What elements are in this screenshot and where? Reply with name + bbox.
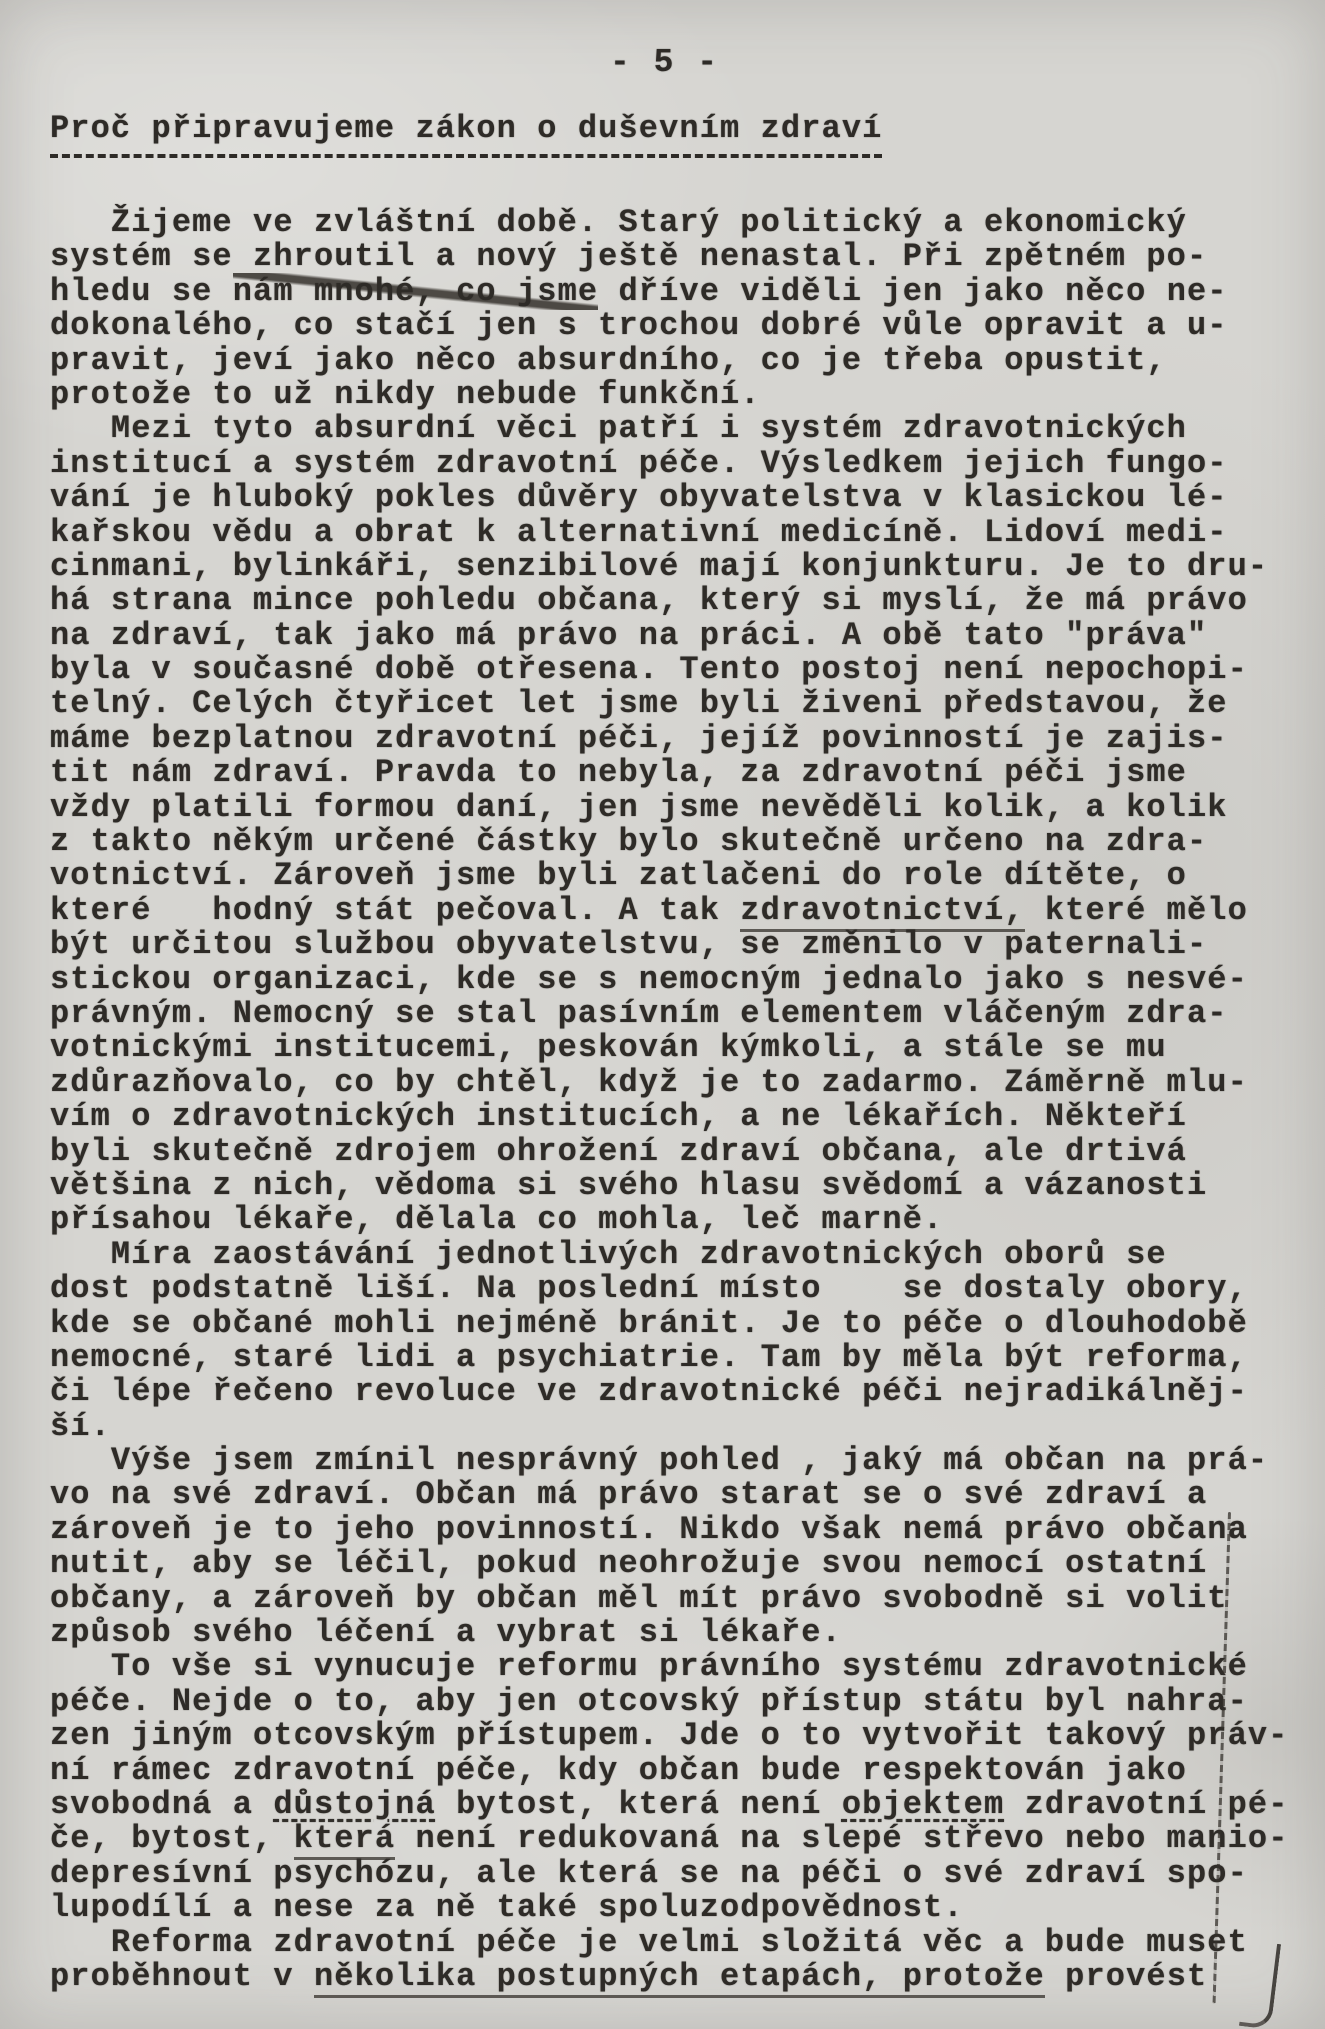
text-segment: právným. Nemocný se stal pasívním elemen… — [50, 995, 1228, 1032]
text-line: pravit, jeví jako něco absurdního, co je… — [50, 344, 1310, 378]
underlined-text: několika postupných etapách, protože — [314, 1958, 1045, 1995]
text-line: hledu se nám mnohé, co jsme dříve viděli… — [50, 275, 1310, 309]
text-line: či lépe řečeno revoluce ve zdravotnické … — [50, 1375, 1310, 1409]
text-line: há strana mince pohledu občana, který si… — [50, 584, 1310, 618]
text-segment: máme bezplatnou zdravotní péči, jejíž po… — [50, 720, 1228, 757]
text-segment: institucí a systém zdravotní péče. Výsle… — [50, 445, 1228, 482]
text-line: většina z nich, vědoma si svého hlasu sv… — [50, 1169, 1310, 1203]
text-segment: protože to už nikdy nebude funkční. — [50, 376, 761, 413]
text-line: To vše si vynucuje reformu právního syst… — [50, 1650, 1310, 1684]
text-segment: byli skutečně zdrojem ohrožení zdraví ob… — [50, 1133, 1187, 1170]
text-line: ší. — [50, 1410, 1310, 1444]
text-segment: vím o zdravotnických institucích, a ne l… — [50, 1098, 1187, 1135]
text-line: máme bezplatnou zdravotní péči, jejíž po… — [50, 722, 1310, 756]
underlined-text: důstojná — [273, 1786, 435, 1823]
text-segment: há strana mince pohledu občana, který si… — [50, 582, 1248, 619]
text-segment: votnickými institucemi, peskován kýmkoli… — [50, 1029, 1167, 1066]
text-line: právným. Nemocný se stal pasívním elemen… — [50, 997, 1310, 1031]
pen-strikethrough-text: nám mnohé, co jsme — [233, 273, 598, 310]
text-segment: z takto někým určené částky bylo skutečn… — [50, 823, 1207, 860]
text-line: způsob svého léčení a vybrat si lékaře. — [50, 1616, 1310, 1650]
text-segment: dříve viděli jen jako něco ne- — [598, 273, 1227, 310]
text-segment: či lépe řečeno revoluce ve zdravotnické … — [50, 1373, 1248, 1410]
text-line: Mezi tyto absurdní věci patří i systém z… — [50, 412, 1310, 446]
text-line: telný. Celých čtyřicet let jsme byli živ… — [50, 687, 1310, 721]
text-segment: Žijeme ve zvláštní době. Starý politický… — [50, 204, 1187, 241]
text-line: stickou organizaci, kde se s nemocným je… — [50, 963, 1310, 997]
text-line: dokonalého, co stačí jen s trochou dobré… — [50, 309, 1310, 343]
text-segment: většina z nich, vědoma si svého hlasu sv… — [50, 1167, 1207, 1204]
text-segment: na zdraví, tak jako má právo na práci. A… — [50, 617, 1207, 654]
paragraph: Míra zaostávání jednotlivých zdravotnick… — [50, 1238, 1310, 1444]
text-line: Výše jsem zmínil nesprávný pohled , jaký… — [50, 1444, 1310, 1478]
text-segment: kde se občané mohli nejméně bránit. Je t… — [50, 1305, 1248, 1342]
text-segment: péče. Nejde o to, aby jen otcovský příst… — [50, 1683, 1248, 1720]
text-segment: Výše jsem zmínil nesprávný pohled , jaký… — [50, 1442, 1268, 1479]
text-line: na zdraví, tak jako má právo na práci. A… — [50, 619, 1310, 653]
underlined-text: objektem — [842, 1786, 1004, 1823]
text-line: vždy platili formou daní, jen jsme nevěd… — [50, 791, 1310, 825]
text-line: zdůrazňovalo, co by chtěl, když je to za… — [50, 1066, 1310, 1100]
text-segment: není redukovaná na slepé střevo nebo man… — [395, 1820, 1288, 1857]
text-segment: lupodílí a nese za ně také spoluzodpověd… — [50, 1889, 964, 1926]
text-line: proběhnout v několika postupných etapách… — [50, 1960, 1310, 1994]
text-segment: vání je hluboký pokles důvěry obyvatelst… — [50, 479, 1228, 516]
text-line: Reforma zdravotní péče je velmi složitá … — [50, 1926, 1310, 1960]
text-segment: svobodná a — [50, 1786, 273, 1823]
text-line: systém se zhroutil a nový ještě nenastal… — [50, 240, 1310, 274]
text-segment: hledu se — [50, 273, 233, 310]
text-segment: To vše si vynucuje reformu právního syst… — [50, 1648, 1248, 1685]
text-line: tit nám zdraví. Pravda to nebyla, za zdr… — [50, 756, 1310, 790]
text-line: byli skutečně zdrojem ohrožení zdraví ob… — [50, 1135, 1310, 1169]
text-line: depresívní psychózu, ale která se na péč… — [50, 1857, 1310, 1891]
text-segment: cinmani, bylinkáři, senzibilové mají kon… — [50, 548, 1268, 585]
text-line: Míra zaostávání jednotlivých zdravotnick… — [50, 1238, 1310, 1272]
text-segment: zdravotní pé- — [1004, 1786, 1288, 1823]
text-segment: Reforma zdravotní péče je velmi složitá … — [50, 1924, 1248, 1961]
text-line: dost podstatně liší. Na poslední místo s… — [50, 1272, 1310, 1306]
scanned-document-page: - 5 - Proč připravujeme zákon o duševním… — [0, 0, 1325, 2029]
text-segment: bytost, která není — [436, 1786, 842, 1823]
text-segment: které hodný stát pečoval. A tak — [50, 892, 740, 929]
text-segment: telný. Celých čtyřicet let jsme byli živ… — [50, 685, 1228, 722]
text-segment: způsob svého léčení a vybrat si lékaře. — [50, 1614, 842, 1651]
text-segment: být určitou službou obyvatelstvu, se změ… — [50, 926, 1207, 963]
text-segment: zen jiným otcovským přístupem. Jde o to … — [50, 1717, 1289, 1754]
text-segment: které mělo — [1025, 892, 1248, 929]
text-line: vím o zdravotnických institucích, a ne l… — [50, 1100, 1310, 1134]
page-title: Proč připravujeme zákon o duševním zdrav… — [50, 110, 882, 158]
text-line: byla v současné době otřesena. Tento pos… — [50, 653, 1310, 687]
paragraph: Žijeme ve zvláštní době. Starý politický… — [50, 206, 1310, 412]
text-line: nutit, aby se léčil, pokud neohrožuje sv… — [50, 1547, 1310, 1581]
text-line: vání je hluboký pokles důvěry obyvatelst… — [50, 481, 1310, 515]
underlined-text: která — [294, 1820, 396, 1857]
text-line: z takto někým určené částky bylo skutečn… — [50, 825, 1310, 859]
text-line: svobodná a důstojná bytost, která není o… — [50, 1788, 1310, 1822]
text-segment: stickou organizaci, kde se s nemocným je… — [50, 961, 1248, 998]
text-segment: Míra zaostávání jednotlivých zdravotnick… — [50, 1236, 1167, 1273]
text-line: občany, a zároveň by občan měl mít právo… — [50, 1582, 1310, 1616]
paragraph: To vše si vynucuje reformu právního syst… — [50, 1650, 1310, 1925]
text-segment: ní rámec zdravotní péče, kdy občan bude … — [50, 1752, 1187, 1789]
text-line: být určitou službou obyvatelstvu, se změ… — [50, 928, 1310, 962]
text-segment: depresívní psychózu, ale která se na péč… — [50, 1855, 1248, 1892]
text-segment: votnictví. Zároveň jsme byli zatlačeni d… — [50, 857, 1187, 894]
text-segment: vo na své zdraví. Občan má právo starat … — [50, 1476, 1207, 1513]
text-line: péče. Nejde o to, aby jen otcovský příst… — [50, 1685, 1310, 1719]
text-segment: zdůrazňovalo, co by chtěl, když je to za… — [50, 1064, 1248, 1101]
text-line: ní rámec zdravotní péče, kdy občan bude … — [50, 1754, 1310, 1788]
text-line: které hodný stát pečoval. A tak zdravotn… — [50, 894, 1310, 928]
underlined-text: zdravotnictví, — [740, 892, 1024, 929]
text-segment: Mezi tyto absurdní věci patří i systém z… — [50, 410, 1187, 447]
text-line: votnictví. Zároveň jsme byli zatlačeni d… — [50, 859, 1310, 893]
text-segment: dokonalého, co stačí jen s trochou dobré… — [50, 307, 1228, 344]
text-line: institucí a systém zdravotní péče. Výsle… — [50, 447, 1310, 481]
text-segment: pravit, jeví jako něco absurdního, co je… — [50, 342, 1167, 379]
text-segment: ší. — [50, 1408, 111, 1445]
text-line: lupodílí a nese za ně také spoluzodpověd… — [50, 1891, 1310, 1925]
text-line: kařskou vědu a obrat k alternativní medi… — [50, 516, 1310, 550]
text-segment: vždy platili formou daní, jen jsme nevěd… — [50, 789, 1228, 826]
text-line: če, bytost, která není redukovaná na sle… — [50, 1822, 1310, 1856]
text-line: přísahou lékaře, dělala co mohla, leč ma… — [50, 1203, 1310, 1237]
text-segment: proběhnout v — [50, 1958, 314, 1995]
text-line: vo na své zdraví. Občan má právo starat … — [50, 1478, 1310, 1512]
text-segment: přísahou lékaře, dělala co mohla, leč ma… — [50, 1201, 943, 1238]
text-segment: systém se zhroutil a nový ještě nenastal… — [50, 238, 1207, 275]
page-number: - 5 - — [610, 44, 719, 81]
text-segment: občany, a zároveň by občan měl mít právo… — [50, 1580, 1228, 1617]
text-segment: nemocné, staré lidi a psychiatrie. Tam b… — [50, 1339, 1248, 1376]
text-segment: kařskou vědu a obrat k alternativní medi… — [50, 514, 1228, 551]
text-segment: zároveň je to jeho povinností. Nikdo vša… — [50, 1511, 1248, 1548]
paragraph: Mezi tyto absurdní věci patří i systém z… — [50, 412, 1310, 1237]
text-line: cinmani, bylinkáři, senzibilové mají kon… — [50, 550, 1310, 584]
text-segment: byla v současné době otřesena. Tento pos… — [50, 651, 1248, 688]
text-line: votnickými institucemi, peskován kýmkoli… — [50, 1031, 1310, 1065]
text-line: Žijeme ve zvláštní době. Starý politický… — [50, 206, 1310, 240]
text-segment: tit nám zdraví. Pravda to nebyla, za zdr… — [50, 754, 1187, 791]
text-segment: če, bytost, — [50, 1820, 294, 1857]
text-line: nemocné, staré lidi a psychiatrie. Tam b… — [50, 1341, 1310, 1375]
text-segment: dost podstatně liší. Na poslední místo s… — [50, 1270, 1248, 1307]
text-line: zen jiným otcovským přístupem. Jde o to … — [50, 1719, 1310, 1753]
text-line: kde se občané mohli nejméně bránit. Je t… — [50, 1307, 1310, 1341]
text-line: protože to už nikdy nebude funkční. — [50, 378, 1310, 412]
text-line: zároveň je to jeho povinností. Nikdo vša… — [50, 1513, 1310, 1547]
text-segment: provést — [1045, 1958, 1207, 1995]
text-segment: nutit, aby se léčil, pokud neohrožuje sv… — [50, 1545, 1207, 1582]
paragraph: Reforma zdravotní péče je velmi složitá … — [50, 1926, 1310, 1995]
document-body: Žijeme ve zvláštní době. Starý politický… — [50, 206, 1310, 1994]
paragraph: Výše jsem zmínil nesprávný pohled , jaký… — [50, 1444, 1310, 1650]
